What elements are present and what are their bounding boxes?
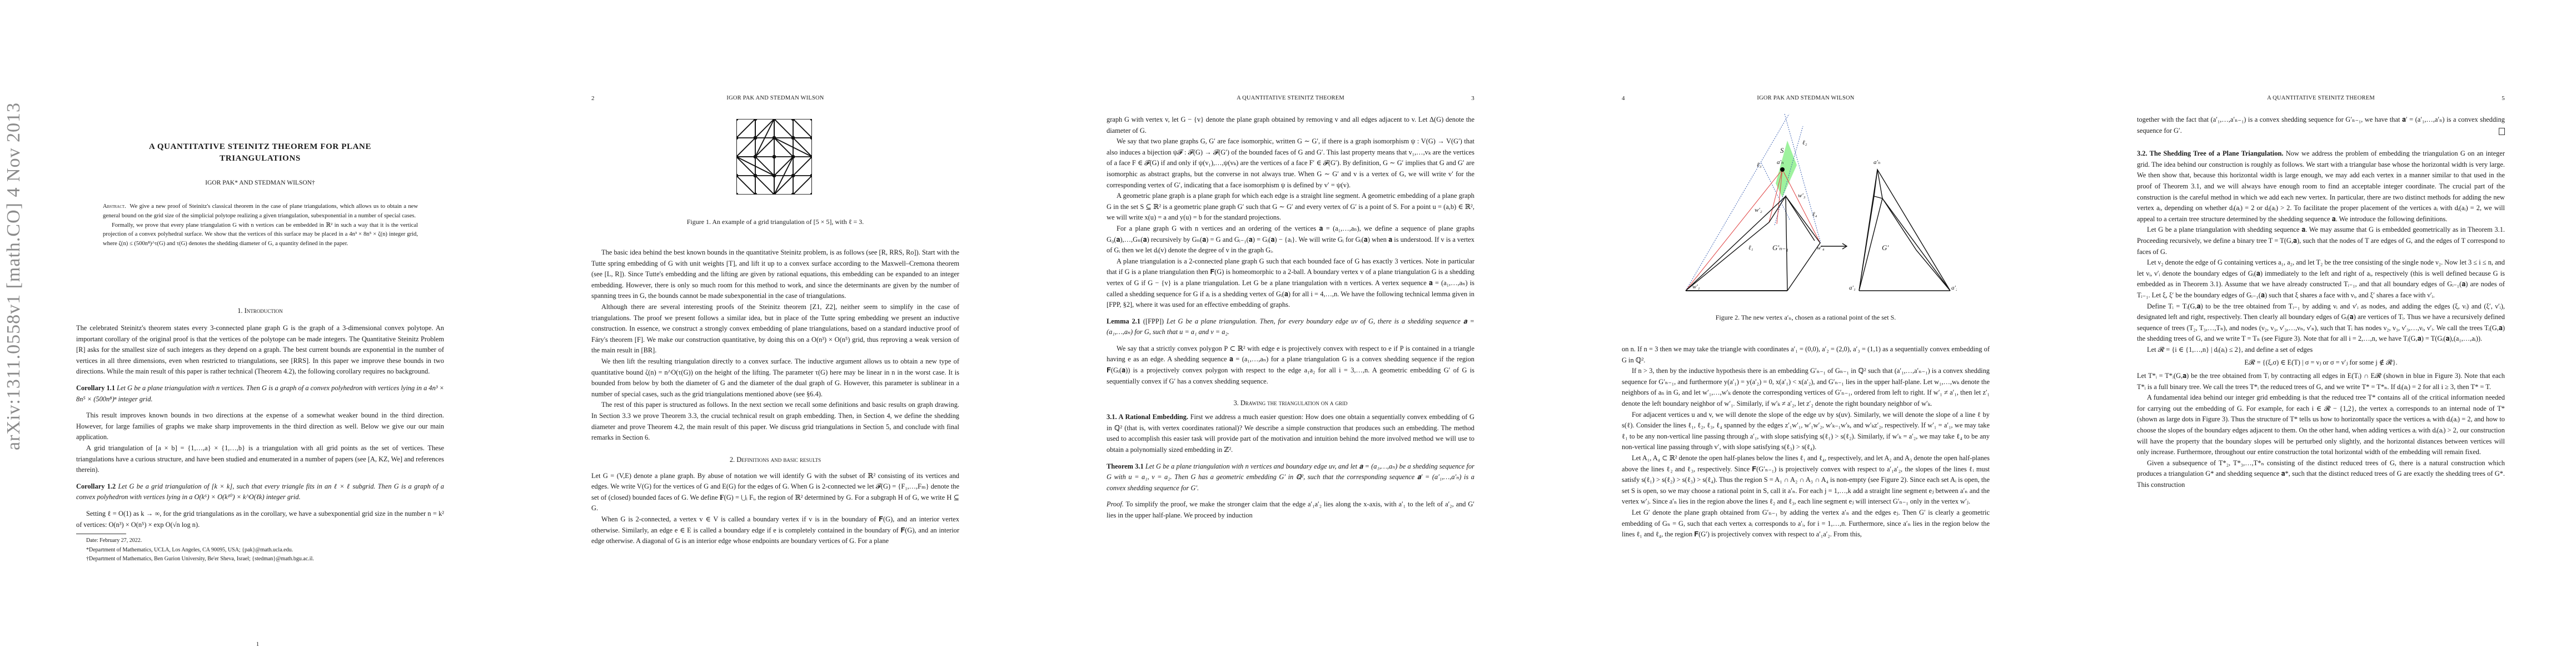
paper-title: A QUANTITATIVE STEINITZ THEOREM FOR PLAN… [76, 141, 444, 165]
corollary-1-2: Corollary 1.2 Let G be a grid triangulat… [76, 481, 444, 503]
paragraph: Let ν₂ denote the edge of G containing v… [2137, 257, 2505, 301]
section-1-heading: 1. Introduction [76, 307, 444, 315]
label-an: a′ₙ [1777, 159, 1783, 166]
corollary-1-1-text: Let G be a plane triangulation with n ve… [76, 384, 444, 403]
paragraph: Let A₁, A₄ ⊂ ℝ² denote the open half-pla… [1622, 453, 1990, 507]
page-number: 4 [1622, 95, 1625, 102]
intro-paragraph-4: Setting ℓ = O(1) as k → ∞, for the grid … [76, 509, 444, 530]
paragraph: Let T*ᵢ = T*ᵢ(G,𝐚) be the tree obtained … [2137, 371, 2505, 392]
subsection-3-1: 3.1. A Rational Embedding. First we addr… [1107, 412, 1474, 455]
label-l3: ℓ₃ [1757, 162, 1762, 168]
label-s: S [1780, 146, 1784, 155]
footnote-wilson: †Department of Mathematics, Ben Gurion U… [76, 555, 444, 564]
running-head: A QUANTITATIVE STEINITZ THEOREM 3 [1107, 95, 1474, 101]
label-l4: ℓ₄ [1812, 211, 1817, 218]
intro-paragraph-1: The celebrated Steinitz's theorem states… [76, 323, 444, 377]
footnote-date: Date: February 27, 2022. [76, 536, 444, 546]
footnote-rule [76, 534, 126, 534]
proof-end-text: together with the fact that (a′₁,…,a′ₙ₋₁… [2137, 116, 2505, 135]
authors: IGOR PAK* AND STEDMAN WILSON† [76, 180, 444, 186]
subsection-3-2-text: Now we address the problem of embedding … [2137, 150, 2505, 223]
corollary-1-2-label: Corollary 1.2 [76, 482, 116, 490]
label-w3: w′₃ [1798, 192, 1806, 199]
theorem-3-1-label: Theorem 3.1 [1107, 462, 1144, 470]
page-4-body: Figure 2. The new vertex a′ₙ, chosen as … [1622, 307, 1990, 540]
paragraph: The basic idea behind the best known bou… [591, 247, 959, 302]
figure-1-grid-triangulation [736, 119, 812, 195]
region-s [1776, 141, 1797, 197]
page-number: 3 [1471, 95, 1474, 102]
corollary-1-1: Corollary 1.1 Let G be a plane triangula… [76, 383, 444, 405]
paragraph: A geometric plane graph is a plane graph… [1107, 191, 1474, 223]
equation-e-r: E𝓡 = {(ξ,σ) ∈ E(T) | σ = νⱼ or σ = ν′ⱼ f… [2137, 357, 2505, 369]
page-4: 4 IGOR PAK AND STEDMAN WILSON [1546, 0, 2061, 667]
page-number: 1 [0, 641, 515, 648]
label-a1: a′₁ [1849, 285, 1856, 291]
paragraph: We say that a strictly convex polygon P … [1107, 344, 1474, 387]
paragraph: The rest of this paper is structured as … [591, 400, 959, 443]
corollary-1-2-text: Let G be a grid triangulation of [k × k]… [76, 482, 444, 501]
label-w1: w′₁ [1692, 283, 1700, 290]
corollary-1-1-label: Corollary 1.1 [76, 384, 115, 392]
paragraph: on n. If n = 3 then we may take the tria… [1622, 344, 1990, 366]
subsection-3-2-label: 3.2. The Shedding Tree of a Plane Triang… [2137, 150, 2283, 157]
paragraph: Although there are several interesting p… [591, 302, 959, 356]
paragraph: We then lift the resulting triangulation… [591, 356, 959, 400]
label-l1: ℓ₁ [1748, 245, 1753, 251]
running-head-text: A QUANTITATIVE STEINITZ THEOREM [2267, 95, 2375, 101]
paragraph: Let G = (V,E) denote a plane graph. By a… [591, 471, 959, 514]
running-head: 2 IGOR PAK AND STEDMAN WILSON [591, 95, 959, 101]
abstract-paragraph-2: Formally, we prove that every plane tria… [103, 221, 418, 249]
label-l2: ℓ₂ [1802, 140, 1807, 146]
intro-paragraph-2: This result improves known bounds in two… [76, 410, 444, 443]
paragraph: Let 𝓡 = {i ∈ {1,…,n} | dᵢ(aᵢ) ≤ 2}, and … [2137, 345, 2505, 356]
title-line-2: TRIANGULATIONS [76, 153, 444, 165]
page-number: 2 [591, 95, 595, 102]
figure-2-caption: Figure 2. The new vertex a′ₙ, chosen as … [1622, 313, 1990, 322]
paragraph: Define Tᵢ = Tᵢ(G,𝐚) to be the tree obtai… [2137, 301, 2505, 345]
intro-paragraph-3: A grid triangulation of [a × b] = {1,…,a… [76, 443, 444, 476]
running-head: A QUANTITATIVE STEINITZ THEOREM 5 [2137, 95, 2505, 101]
label-a2: a′₂ [1951, 285, 1957, 291]
footnote-pak: *Department of Mathematics, UCLA, Los An… [76, 546, 444, 555]
qed-box-icon [2499, 128, 2505, 135]
paragraph: We say that two plane graphs G, G′ are f… [1107, 136, 1474, 191]
page-5-body: together with the fact that (a′₁,…,a′ₙ₋₁… [2137, 115, 2505, 491]
page-1-body: 1. Introduction The celebrated Steinitz'… [76, 307, 444, 564]
label-w2: w′₂ [1755, 207, 1762, 213]
running-head-text: IGOR PAK AND STEDMAN WILSON [1757, 95, 1854, 101]
proof: Proof. To simplify the proof, we make th… [1107, 499, 1474, 521]
paragraph: Given a subsequence of T*₂, T*₃,…,T*ₙ co… [2137, 458, 2505, 491]
abstract-label: Abstract. [103, 203, 126, 210]
proof-label: Proof. [1107, 500, 1124, 508]
running-head-text: A QUANTITATIVE STEINITZ THEOREM [1237, 95, 1344, 101]
running-head: 4 IGOR PAK AND STEDMAN WILSON [1622, 95, 1990, 101]
paragraph: A fundamental idea behind our integer gr… [2137, 392, 2505, 458]
theorem-3-1-text: Let G be a plane triangulation with n ve… [1107, 462, 1474, 492]
abstract-paragraph-1: We give a new proof of Steinitz's classi… [103, 203, 418, 219]
proof-text: To simplify the proof, we make the stron… [1107, 500, 1474, 519]
paragraph: A plane triangulation is a 2-connected p… [1107, 256, 1474, 311]
paragraph: When G is 2-connected, a vertex v ∈ V is… [591, 514, 959, 547]
subsection-3-2: 3.2. The Shedding Tree of a Plane Triang… [2137, 148, 2505, 225]
figure-2-diagram: S a′ₙ ℓ₃ ℓ₂ w′₂ w′₃ ℓ₄ ℓ₁ G′ₙ₋₁ w′₄ w′₁ … [1673, 114, 1957, 297]
page-2: 2 IGOR PAK AND STEDMAN WILSON Figure 1. … [515, 0, 1030, 667]
paragraph: If n > 3, then by the inductive hypothes… [1622, 366, 1990, 409]
paragraph: Let G be a plane triangulation with shed… [2137, 225, 2505, 257]
lemma-2-1-label: Lemma 2.1 [1107, 317, 1140, 325]
paragraph: For adjacent vertices u and v, we will d… [1622, 410, 1990, 453]
page-1: arXiv:1311.0558v1 [math.CO] 4 Nov 2013 A… [0, 0, 515, 667]
lemma-2-1-ref: ([FPP]) [1143, 317, 1164, 325]
arxiv-stamp: arXiv:1311.0558v1 [math.CO] 4 Nov 2013 [3, 102, 24, 450]
page-3-body: graph G with vertex v, let G − {v} denot… [1107, 115, 1474, 521]
label-g-n-1: G′ₙ₋₁ [1772, 243, 1788, 252]
paragraph: For a plane graph G with n vertices and … [1107, 223, 1474, 256]
label-an-right: a′ₙ [1874, 159, 1880, 166]
subsection-3-1-label: 3.1. A Rational Embedding. [1107, 413, 1188, 421]
abstract: Abstract. We give a new proof of Steinit… [103, 202, 418, 249]
label-g-prime: G′ [1882, 243, 1889, 252]
paragraph: together with the fact that (a′₁,…,a′ₙ₋₁… [2137, 115, 2505, 136]
paragraph: graph G with vertex v, let G − {v} denot… [1107, 115, 1474, 136]
page-3: A QUANTITATIVE STEINITZ THEOREM 3 graph … [1030, 0, 1546, 667]
figure-1-caption: Figure 1. An example of a grid triangula… [591, 218, 959, 226]
paragraph: Let G′ denote the plane graph obtained f… [1622, 507, 1990, 540]
title-line-1: A QUANTITATIVE STEINITZ THEOREM FOR PLAN… [76, 141, 444, 153]
page-2-body: Figure 1. An example of a grid triangula… [591, 211, 959, 547]
page-5: A QUANTITATIVE STEINITZ THEOREM 5 togeth… [2061, 0, 2576, 667]
running-head-text: IGOR PAK AND STEDMAN WILSON [726, 95, 824, 101]
lemma-2-1: Lemma 2.1 ([FPP]) Let G be a plane trian… [1107, 316, 1474, 338]
section-3-heading: 3. Drawing the triangulation on a grid [1107, 399, 1474, 407]
label-w4: w′₄ [1817, 245, 1825, 251]
section-2-heading: 2. Definitions and basic results [591, 456, 959, 464]
page-number: 5 [2502, 95, 2505, 102]
theorem-3-1: Theorem 3.1 Let G be a plane triangulati… [1107, 461, 1474, 494]
